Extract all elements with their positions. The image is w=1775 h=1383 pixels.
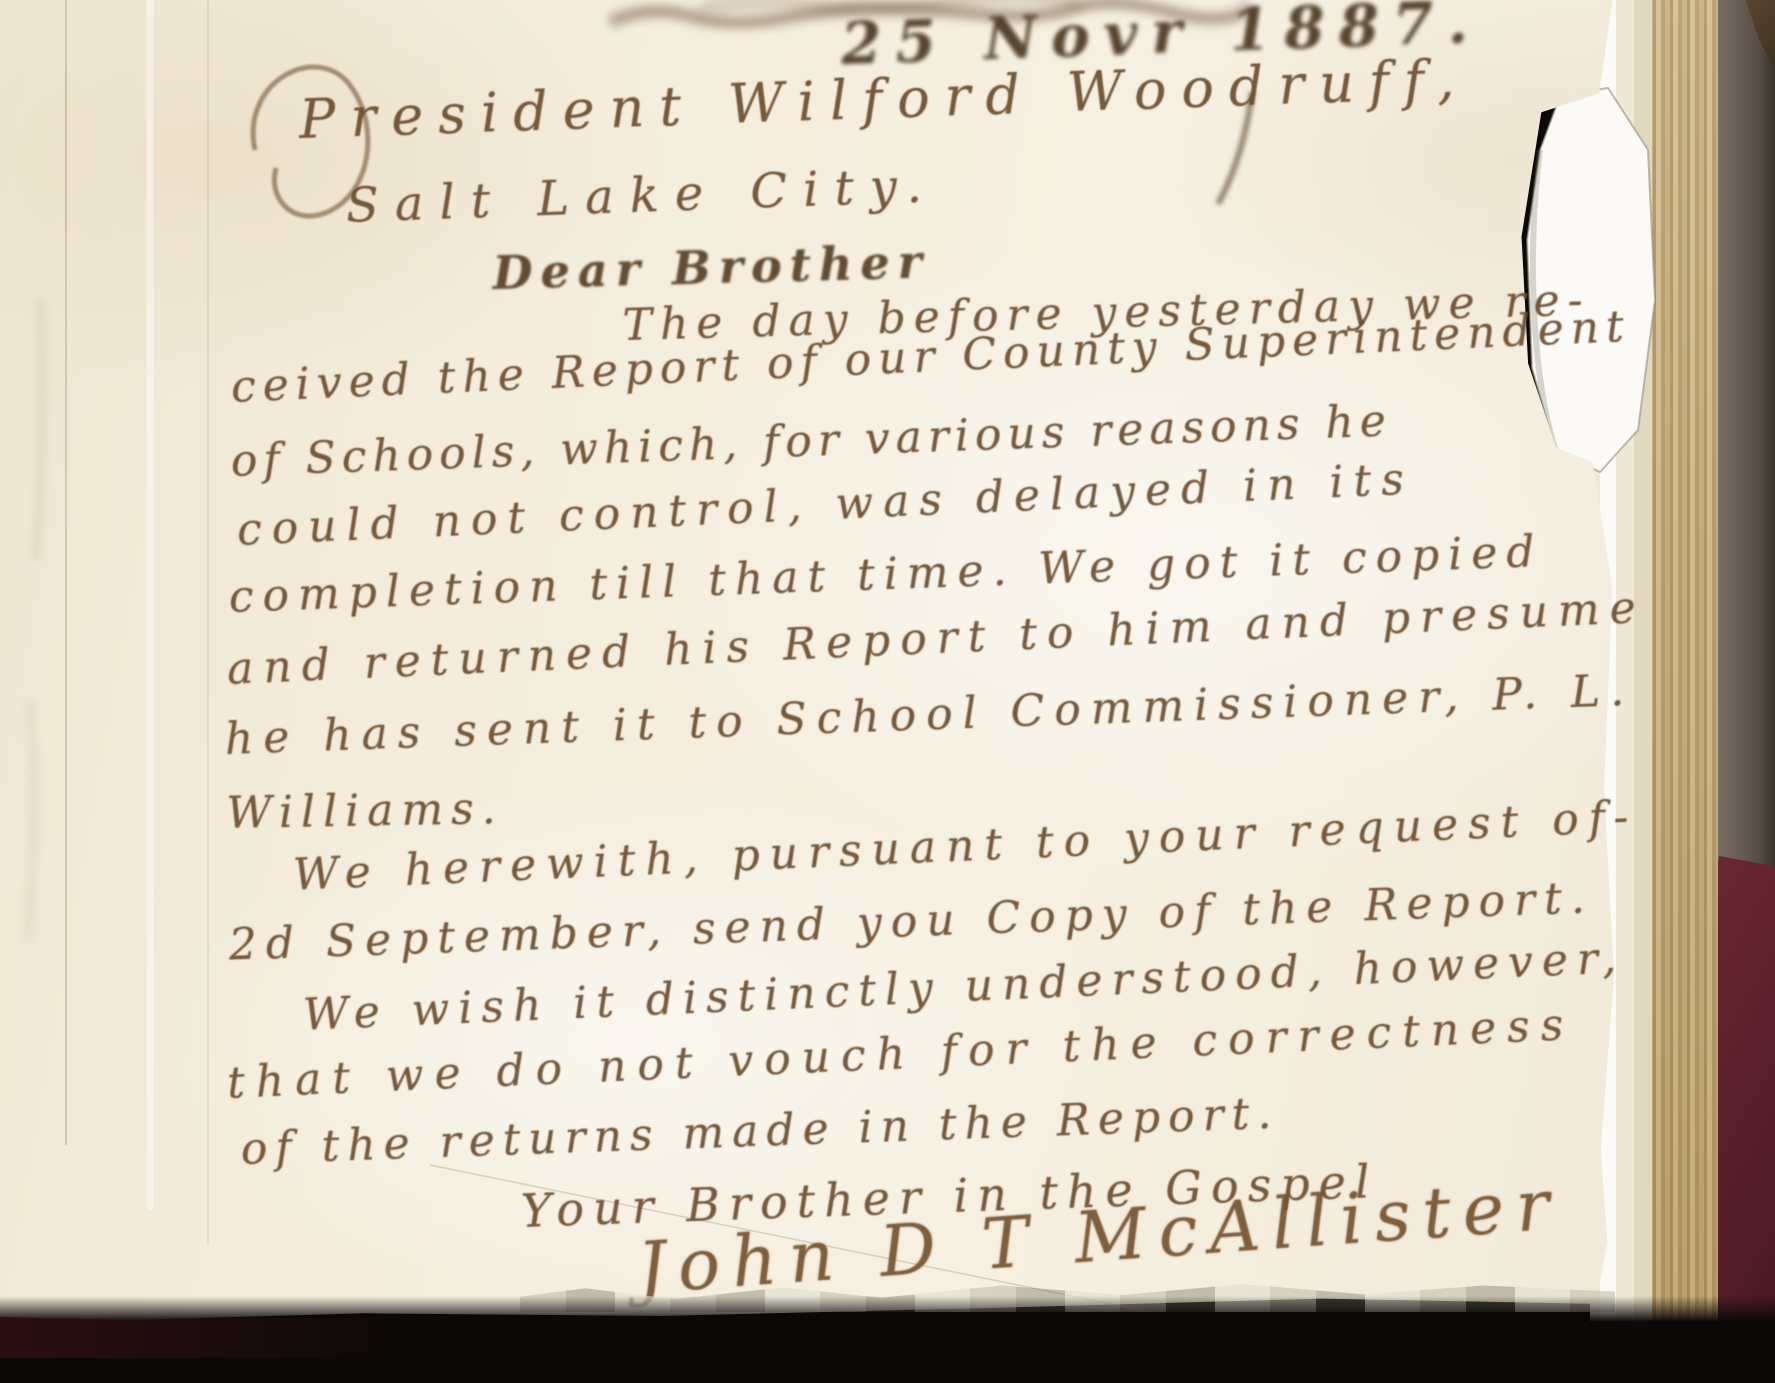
- body-line-8: Williams.: [226, 783, 504, 839]
- page-edge-stack: [1648, 0, 1718, 1345]
- leather-reflection: [0, 1318, 420, 1358]
- book-cover-fabric: [1714, 0, 1775, 900]
- salutation: Dear Brother: [492, 235, 930, 300]
- letterbook-scan: 25 Novr 1887. President Wilford Woodruff…: [0, 0, 1775, 1383]
